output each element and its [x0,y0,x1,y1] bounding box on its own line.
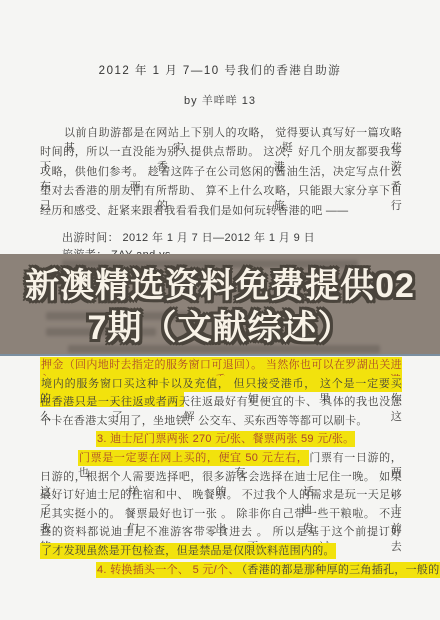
page-title: 2012 年 1 月 7—10 号我们的香港自助游 [0,62,440,78]
body-line: 了才发现虽然是开包检查，但是禁品是仅限饮料范围内的。 [40,544,402,559]
text-segment: 个卡在香港太实用了，坐地铁、公交车、买东西等等都可以刷卡。 [40,415,368,427]
body-line: 个卡在香港太实用了，坐地铁、公交车、买东西等等都可以刷卡。 [40,414,402,429]
watermark-overlay: 新澳精选资料免费提供02 7期（文献综述） [0,254,440,356]
highlight-segment: 门票是一定要在网上买的，便宜 50 元左右， [78,450,309,466]
meta-travel-time: 出游时间： 2012 年 1 月 7 日—2012 年 1 月 9 日 [62,229,315,245]
body-line: 4. 转换插头一个、 5 元/个、（香港的都是那种厚的三角插孔，一般的 [96,563,402,578]
highlight-segment: 4. 转换插头一个、 5 元/个、 [96,562,241,578]
watermark-text-line2: 7期（文献综述） [0,308,440,348]
watermark-text-line1: 新澳精选资料免费提供02 [0,266,440,306]
document-page: { "page": { "title": "2012 年 1 月 7—10 号我… [0,0,440,620]
highlight-segment: （香港的都是那种厚的三角插孔，一般的 [241,562,440,578]
byline: by 羊咩咩 13 [0,92,440,108]
body-line: 3. 迪士尼门票两张 270 元/张、餐票两张 59 元/张。 [96,432,402,447]
highlight-segment: 3. 迪士尼门票两张 270 元/张、餐票两张 59 元/张。 [96,431,355,447]
intro-line: 经历和感受、赶紧来跟着我看看我们是如何玩转香港的吧 —— [40,204,402,219]
highlight-segment: 了才发现虽然是开包检查，但是禁品是仅限饮料范围内的。 [40,543,336,559]
